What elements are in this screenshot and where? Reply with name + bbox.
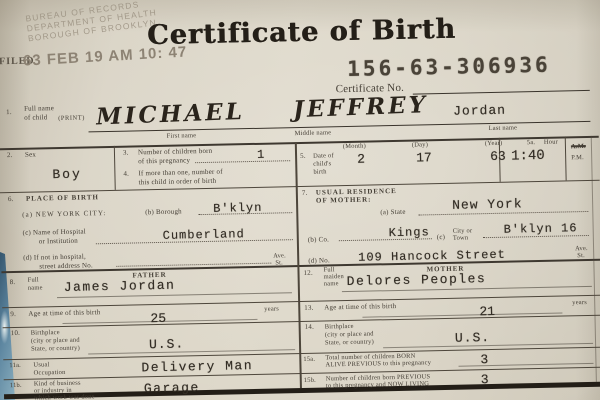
- item1-print-note: (PRINT): [58, 114, 85, 122]
- item13-years: years: [572, 299, 587, 307]
- father-age-typed: 25: [150, 311, 166, 326]
- child-last-name-typed: Jordan: [453, 103, 506, 119]
- item15a-number: 15a.: [303, 356, 315, 364]
- item14-label-line1: Birthplace: [325, 323, 354, 331]
- item2-number: 2.: [7, 152, 13, 160]
- item12-number: 12.: [303, 270, 313, 278]
- item6d-label-line2: street address No.: [39, 262, 93, 271]
- item10-label-line1: Birthplace: [31, 329, 60, 337]
- item15b-number: 15b.: [304, 377, 316, 385]
- item7d-label: (d) No.: [308, 257, 330, 265]
- item4-number: 4.: [123, 171, 129, 179]
- item1-number: 1.: [6, 109, 12, 117]
- birth-year-typed: 63: [490, 149, 506, 164]
- certificate-number-stamp: 156-63-306936: [347, 53, 551, 81]
- mother-birthplace-typed: U.S.: [455, 330, 491, 346]
- father-birthplace-typed: U.S.: [149, 336, 185, 352]
- state-value-typed: New York: [452, 196, 523, 212]
- sex-value-typed: Boy: [52, 167, 82, 183]
- item7c-prefix: (c): [437, 234, 446, 242]
- item2-label: Sex: [25, 152, 36, 160]
- am-option-struck: A.M.: [571, 143, 586, 151]
- item9-years: years: [264, 305, 279, 313]
- item5-number: 5.: [300, 153, 306, 161]
- item1-label-line1: Full name: [24, 105, 54, 113]
- item5a-label: Hour: [544, 139, 558, 147]
- item5-label-line2: child's: [313, 160, 331, 168]
- birth-day-typed: 17: [416, 150, 432, 165]
- last-name-caption: Last name: [488, 124, 517, 132]
- child-first-name-handwritten: Michael: [96, 98, 246, 131]
- item10-label-line2: (city or place and: [31, 337, 80, 345]
- mother-age-typed: 21: [479, 304, 495, 319]
- records-office-stamp: BUREAU OF RECORDS DEPARTMENT OF HEALTH B…: [25, 0, 159, 43]
- item11a-label-line2: Occupation: [33, 369, 65, 377]
- item4-label-line2: this child in order of birth: [139, 178, 217, 187]
- item15a-label-line2: ALIVE PREVIOUS to this pregnancy: [325, 359, 431, 368]
- hour-value-typed: 1:40: [511, 148, 545, 165]
- item5-label-line3: birth: [313, 168, 326, 176]
- item14-number: 14.: [305, 324, 315, 332]
- item8-label-line2: name: [28, 284, 43, 292]
- mother-now-living-typed: 3: [481, 372, 489, 387]
- item8-label-line1: Full: [28, 276, 39, 284]
- item7c-label-line2: Town: [453, 234, 469, 242]
- item9-number: 9.: [10, 311, 16, 319]
- child-middle-name-handwritten: Jeffrey: [293, 91, 429, 123]
- pm-option: P.M.: [571, 154, 584, 162]
- item3-number: 3.: [123, 150, 129, 158]
- item7-label-line2: OF MOTHER:: [316, 197, 372, 206]
- item5a-number: 5a.: [527, 139, 536, 146]
- item8-number: 8.: [10, 279, 16, 287]
- item13-label: Age at time of this birth: [324, 303, 396, 312]
- item1-label-line2: of child: [24, 114, 47, 122]
- item11a-label-line1: Usual: [33, 361, 49, 369]
- item9-label: Age at time of this birth: [28, 309, 100, 318]
- item6b-label: (b) Borough: [145, 208, 182, 217]
- certificate-sheet: BUREAU OF RECORDS DEPARTMENT OF HEALTH B…: [0, 0, 600, 400]
- year-caption: (Year): [485, 140, 503, 148]
- item13-number: 13.: [304, 305, 314, 313]
- mother-name-typed: Delores Peoples: [347, 271, 487, 289]
- item10-number: 10.: [11, 330, 21, 338]
- father-occupation-typed: Delivery Man: [141, 358, 253, 375]
- first-name-caption: First name: [167, 132, 197, 140]
- father-business-typed: Garage: [144, 380, 200, 396]
- item14-label-line3: State, or country): [325, 338, 374, 346]
- item10-label-line3: State, or country): [31, 345, 80, 353]
- father-name-typed: James Jordan: [64, 278, 176, 295]
- item7-number: 7.: [302, 190, 308, 198]
- month-caption: (Month): [343, 143, 366, 151]
- item12-label-line3: name: [324, 280, 339, 288]
- item6-label: PLACE OF BIRTH: [26, 194, 99, 203]
- item3-label-line2: of this pregnancy: [138, 157, 190, 166]
- item6-number: 6.: [8, 196, 14, 204]
- birth-certificate-photo: BUREAU OF RECORDS DEPARTMENT OF HEALTH B…: [0, 0, 600, 400]
- item11a-number: 11a.: [9, 362, 21, 370]
- item5-label-line1: Date of: [313, 152, 334, 160]
- item6a-label: (a) NEW YORK CITY:: [22, 210, 106, 220]
- item11b-number: 11b.: [10, 382, 22, 390]
- item6d-st: St.: [275, 259, 283, 266]
- middle-name-caption: Middle name: [295, 129, 332, 137]
- certificate-title: Certificate of Birth: [146, 14, 457, 51]
- item14-label-line2: (city or place and: [325, 330, 374, 338]
- item7a-label: (a) State: [380, 209, 405, 217]
- item6c-label-line2: or Institution: [39, 238, 78, 247]
- certificate-number-line: [413, 90, 590, 95]
- birth-month-typed: 2: [357, 152, 365, 167]
- item7b-label: (b) Co.: [308, 236, 329, 244]
- item7d-st: St.: [577, 252, 585, 259]
- item11b-label-line3: which work was done: [34, 393, 95, 400]
- day-caption: (Day): [412, 141, 428, 149]
